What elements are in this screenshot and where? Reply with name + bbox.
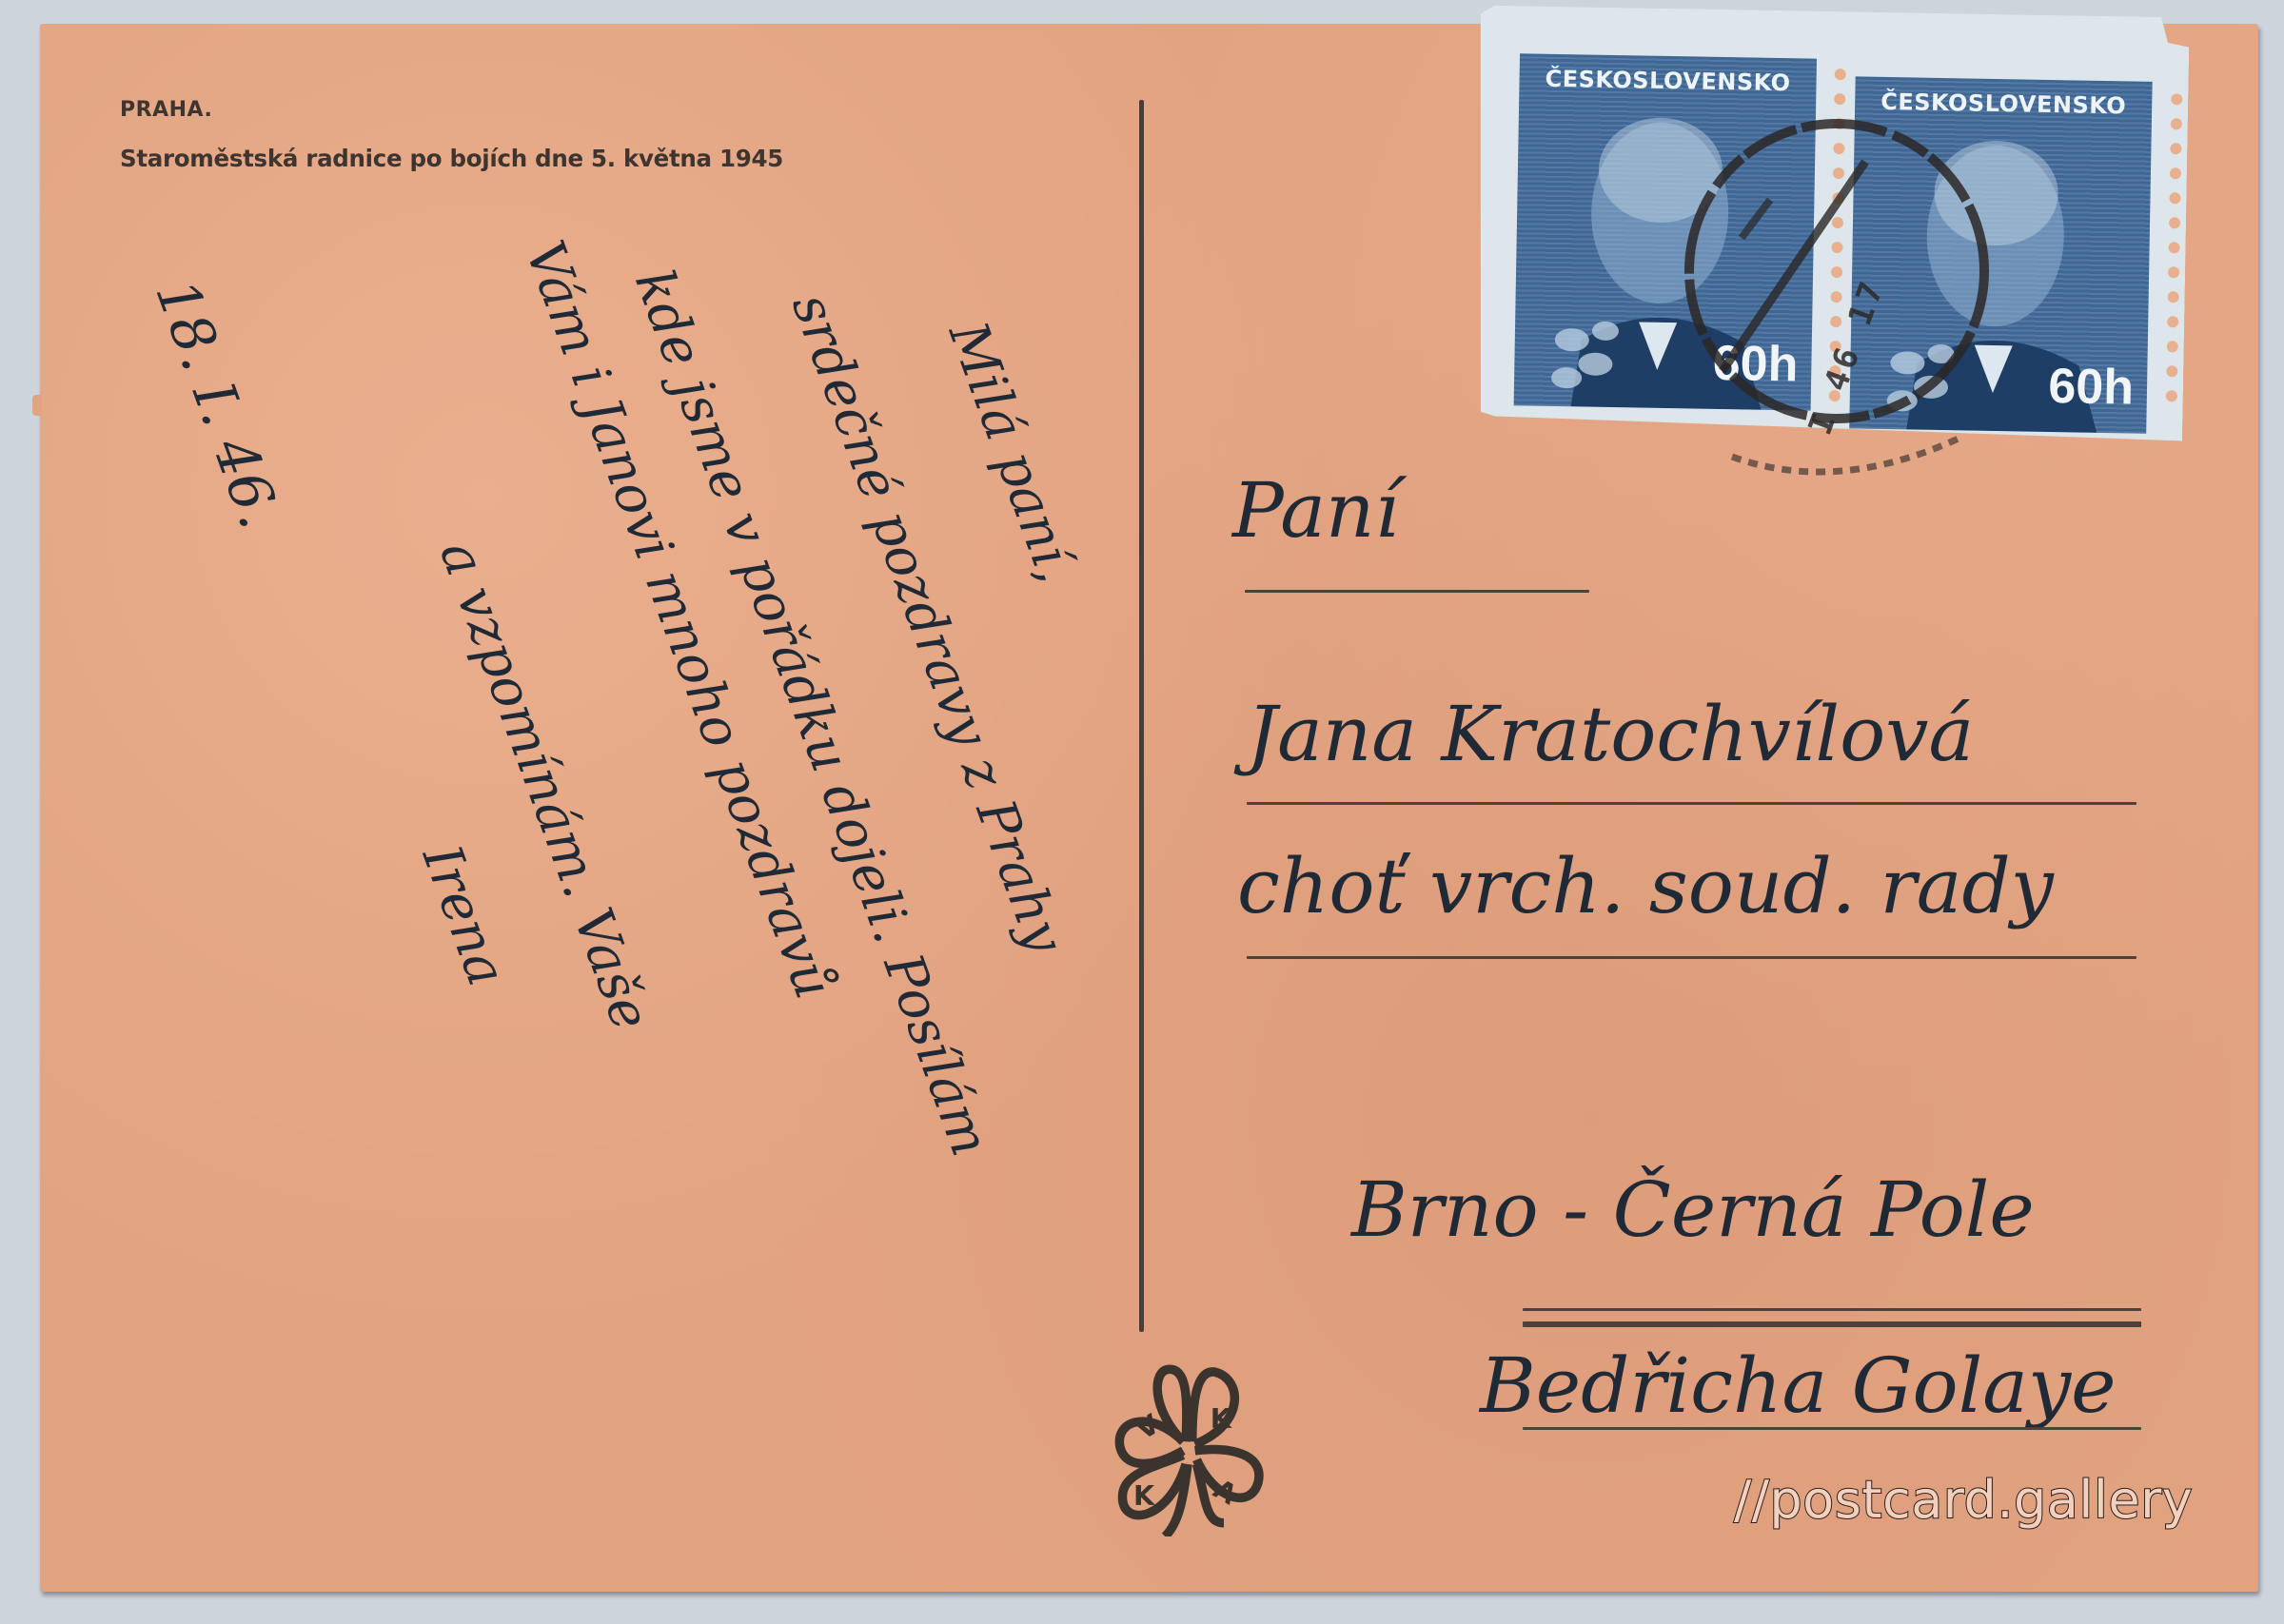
- address-underline: [1247, 802, 2136, 805]
- clover-logo-icon: V K K A: [1097, 1356, 1278, 1536]
- address-double-underline-thin: [1523, 1308, 2141, 1311]
- address-title: choť vrch. soud. rady: [1237, 842, 2054, 930]
- address-name: Jana Kratochvílová: [1247, 690, 1974, 778]
- address-city: Brno - Černá Pole: [1351, 1165, 2035, 1254]
- perforation: [2166, 93, 2183, 415]
- watermark-link[interactable]: //postcard.gallery: [1734, 1470, 2193, 1530]
- svg-text:K: K: [1211, 1403, 1232, 1435]
- divider-line: [1139, 100, 1144, 1332]
- address-street: Bedřicha Golaye: [1480, 1341, 2117, 1430]
- address-underline: [1247, 956, 2136, 959]
- stamp-value: 60h: [2048, 358, 2135, 417]
- stamp-country: ČESKOSLOVENSKO: [1519, 65, 1816, 96]
- address-double-underline-thick: [1523, 1321, 2141, 1327]
- card-edge-notch: [32, 395, 42, 416]
- address-salutation: Paní: [1232, 466, 1399, 555]
- address-underline: [1245, 590, 1589, 593]
- printed-caption: Staroměstská radnice po bojích dne 5. kv…: [120, 145, 783, 172]
- printed-place-title: PRAHA.: [120, 98, 212, 122]
- address-underline: [1523, 1427, 2141, 1430]
- svg-text:K: K: [1133, 1480, 1155, 1512]
